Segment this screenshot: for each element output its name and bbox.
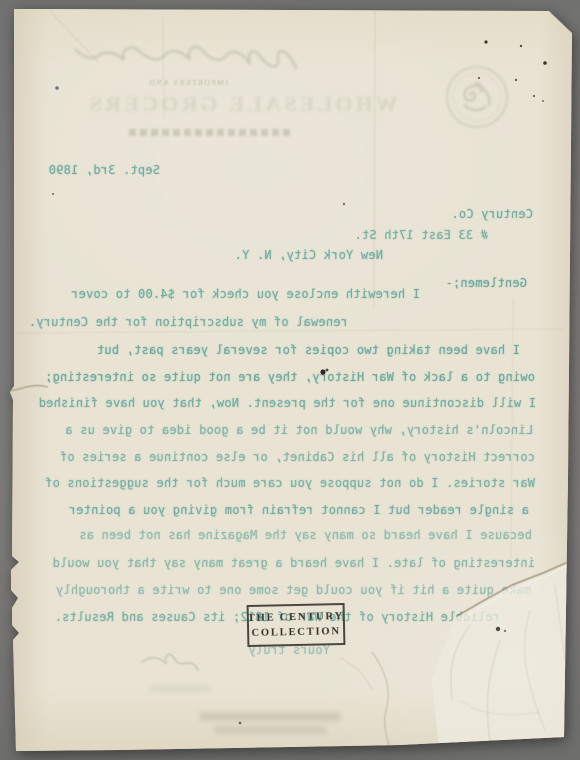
letterhead-importers-ghost: IMPORTERS AND [108, 78, 228, 87]
letter-line: I herewith enclose you check for $4.00 t… [71, 287, 420, 301]
century-collection-stamp: THE CENTURY COLLECTION [247, 603, 346, 647]
recipient-line: # 33 East 17th St. [354, 228, 488, 242]
letter-line: War stories. I do not suppose you care m… [45, 476, 535, 490]
letterhead-script-ghost [72, 38, 302, 78]
letter-line: Lincoln's history, why would not it be a… [65, 423, 533, 437]
paper-shadow-wrap: IMPORTERS AND WHOLESALE GROCERS Sept. 3r… [0, 0, 580, 760]
letter-line: owing to a lack of War History, they are… [45, 370, 535, 384]
letter-line: because I have heard so many say the Mag… [79, 528, 532, 542]
recipient-line: Century Co. [451, 207, 533, 221]
letter-line: renewal of my subscription for the Centu… [29, 315, 348, 329]
letter-paper: IMPORTERS AND WHOLESALE GROCERS Sept. 3r… [0, 0, 580, 760]
letter-date: Sept. 3rd, 1890 [49, 163, 160, 177]
embossed-seal-icon [443, 63, 511, 131]
stamp-line: COLLECTION [251, 624, 340, 641]
letter-line: make quite a hit if you could get some o… [56, 583, 531, 597]
letterhead-wholesale-ghost: WHOLESALE GROCERS [52, 92, 399, 117]
letter-line: I will discontinue one for the present. … [39, 396, 536, 410]
scanner-background: IMPORTERS AND WHOLESALE GROCERS Sept. 3r… [0, 0, 580, 760]
salutation: Gentlemen;- [445, 276, 527, 290]
letter-line: interesting of late. I have heard a grea… [52, 556, 535, 570]
letterhead-address-ghost [128, 129, 290, 136]
letter-line: correct History of all his Cabinet, or e… [60, 450, 535, 464]
signature-ghost [138, 648, 202, 678]
letter-line: a single reader but I cannot refrain fro… [69, 503, 529, 517]
letter-line: I have been taking two copies for severa… [97, 343, 520, 357]
recipient-line: New York City, N. Y. [235, 248, 384, 262]
